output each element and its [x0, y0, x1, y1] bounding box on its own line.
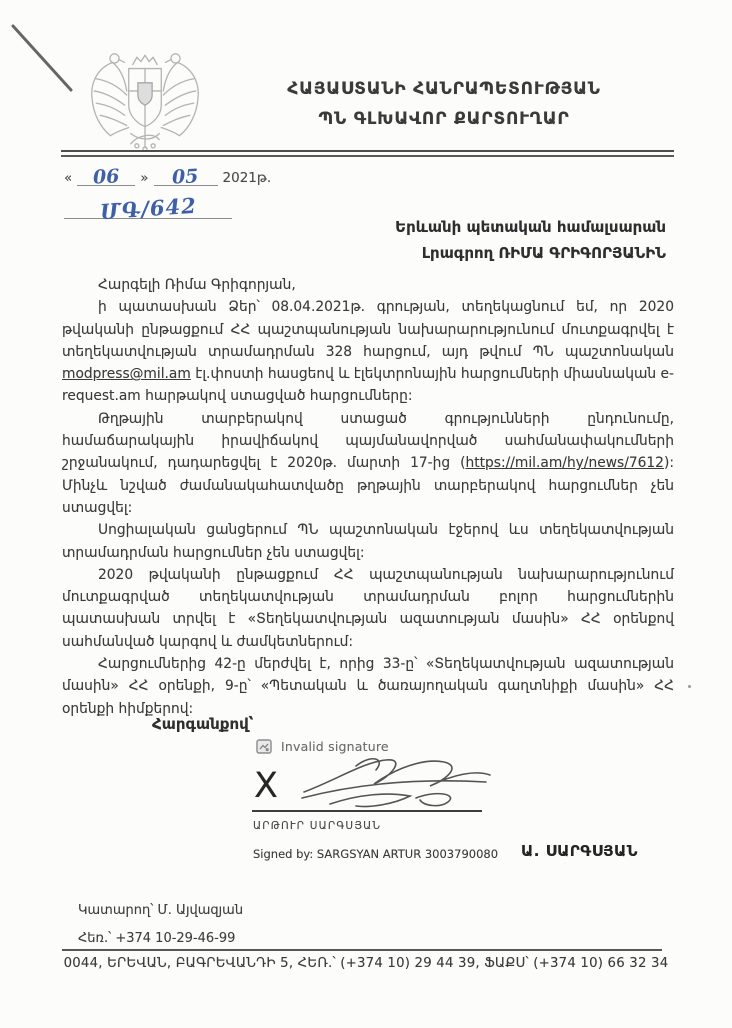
org-name-line2: ՊՆ ԳԼԽԱՎՈՐ ՔԱՐՏՈՒՂԱՐ — [232, 104, 656, 134]
paragraph: Հարգելի Ռիմա Գրիգորյան, — [62, 274, 674, 296]
paragraph: Սոցիալական ցանցերում ՊՆ պաշտոնական էջերո… — [62, 519, 674, 564]
closing-respect: Հարգանքով՝ — [152, 715, 253, 733]
quote-open: « — [64, 170, 72, 186]
day-slot: 06 — [77, 159, 135, 186]
executor-name: Կատարող՝ Մ. Այվազյան — [78, 897, 243, 925]
underlined-text: modpress@mil.am — [62, 366, 191, 382]
signer-full-name: ԱՐԹՈՒՐ ՍԱՐԳՍՅԱՆ — [253, 820, 381, 832]
scan-speck — [688, 685, 691, 688]
org-name-line1: ՀԱՅԱՍՏԱՆԻ ՀԱՆՐԱՊԵՏՈՒԹՅԱՆ — [232, 74, 656, 104]
corner-pen-mark — [8, 20, 80, 98]
handwritten-month: 05 — [172, 168, 199, 185]
footer-address: 0044, ԵՐԵՎԱՆ, ԲԱԳՐԵՎԱՆԴԻ 5, ՀԵՌ.՝ (+374 … — [0, 956, 732, 971]
footer-divider — [62, 949, 662, 951]
addressee-person: Լրագրող ՌԻՄԱ ԳՐԻԳՈՐՅԱՆԻՆ — [395, 240, 666, 266]
signer-short-name: Ա. ՍԱՐԳՍՅԱՆ — [521, 842, 638, 860]
addressee-block: Երևանի պետական համալսարան Լրագրող ՌԻՄԱ Գ… — [395, 214, 666, 266]
handwritten-reference-number: ՄԳ/642 — [99, 197, 197, 222]
month-slot: 05 — [154, 159, 218, 186]
addressee-organization: Երևանի պետական համալսարան — [395, 214, 666, 240]
year-label: 2021թ. — [223, 170, 272, 186]
coat-of-arms-icon — [84, 34, 206, 156]
paragraph: Թղթային տարբերակով ստացած գրությունների … — [62, 408, 674, 519]
paragraph: Հարցումներից 42-ը մերժվել է, որից 33-ը՝ … — [62, 653, 674, 720]
signature-x-mark: X — [254, 766, 278, 806]
letterhead-divider — [61, 150, 674, 157]
date-line: « 06 » 05 2021թ. — [64, 160, 271, 186]
invalid-signature-icon — [256, 739, 272, 754]
executor-block: Կատարող՝ Մ. Այվազյան Հեռ.՝ +374 10-29-46… — [78, 897, 243, 953]
underlined-text: https://mil.am/hy/news/7612 — [465, 455, 664, 471]
digital-signed-by: Signed by: SARGSYAN ARTUR 3003790080 — [253, 847, 498, 861]
paragraph: 2020 թվականի ընթացքում ՀՀ պաշտպանության … — [62, 564, 674, 653]
handwritten-day: 06 — [93, 168, 120, 185]
letterhead-title: ՀԱՅԱՍՏԱՆԻ ՀԱՆՐԱՊԵՏՈՒԹՅԱՆ ՊՆ ԳԼԽԱՎՈՐ ՔԱՐՏ… — [232, 74, 656, 134]
quote-close: » — [140, 170, 148, 186]
letter-body: Հարգելի Ռիմա Գրիգորյան,ի պատասխան Ձեր՝ 0… — [62, 274, 674, 720]
handwritten-signature — [296, 752, 496, 814]
signature-line — [252, 810, 482, 812]
reference-number-slot: ՄԳ/642 — [64, 188, 232, 219]
paragraph: ի պատասխան Ձեր՝ 08.04.2021թ. գրության, տ… — [62, 296, 674, 407]
scanned-letter-page: ՀԱՅԱՍՏԱՆԻ ՀԱՆՐԱՊԵՏՈՒԹՅԱՆ ՊՆ ԳԼԽԱՎՈՐ ՔԱՐՏ… — [0, 0, 732, 1028]
